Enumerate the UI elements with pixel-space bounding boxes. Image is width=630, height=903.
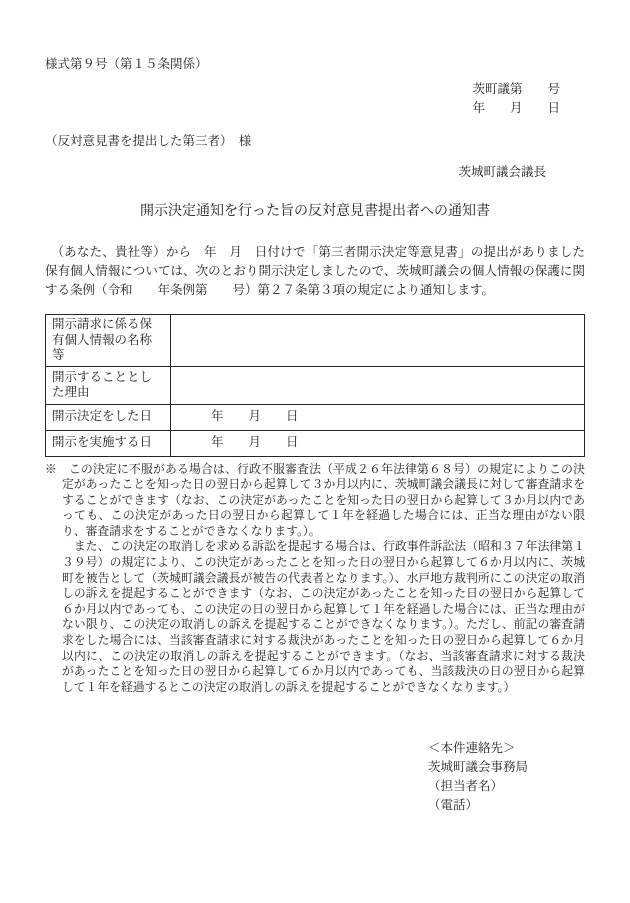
contact-person: （担当者名） — [428, 777, 585, 796]
contact-header: ＜本件連絡先＞ — [428, 739, 585, 758]
table-row: 開示することとした理由 — [46, 366, 585, 404]
note-section: ※ この決定に不服がある場合は、行政不服審査法（平成２６年法律第６８号）の規定に… — [45, 462, 585, 696]
decision-info-table: 開示請求に係る保有個人情報の名称等 開示することとした理由 開示決定をした日 年… — [45, 314, 585, 457]
document-page: 様式第９号（第１５条関係） 茨町議第 号 年 月 日 （反対意見書を提出した第三… — [0, 0, 630, 903]
row-value-implementation-date: 年 月 日 — [171, 430, 585, 456]
table-row: 開示請求に係る保有個人情報の名称等 — [46, 315, 585, 367]
contact-block: ＜本件連絡先＞ 茨城町議会事務局 （担当者名） （電話） — [428, 739, 585, 815]
doc-number: 茨町議第 号 — [45, 80, 560, 99]
row-value-personal-info-name — [171, 315, 585, 367]
row-label-implementation-date: 開示を実施する日 — [46, 430, 171, 456]
row-value-disclosure-reason — [171, 366, 585, 404]
form-number: 様式第９号（第１５条関係） — [45, 55, 585, 74]
body-paragraph: （あなた、貴社等）から 年 月 日付けで「第三者開示決定等意見書」の提出がありま… — [45, 243, 585, 300]
contact-office: 茨城町議会事務局 — [428, 758, 585, 777]
doc-date: 年 月 日 — [45, 99, 560, 118]
table-row: 開示を実施する日 年 月 日 — [46, 430, 585, 456]
note-paragraph-lawsuit: また、この決定の取消しを求める訴訟を提起する場合は、行政事件訴訟法（昭和３７年法… — [62, 539, 585, 695]
row-label-personal-info-name: 開示請求に係る保有個人情報の名称等 — [46, 315, 171, 367]
table-row: 開示決定をした日 年 月 日 — [46, 404, 585, 430]
sender-line: 茨城町議会議長 — [45, 163, 585, 182]
note-paragraph-appeal: ※ この決定に不服がある場合は、行政不服審査法（平成２６年法律第６８号）の規定に… — [62, 462, 585, 540]
row-label-disclosure-reason: 開示することとした理由 — [46, 366, 171, 404]
document-title: 開示決定通知を行った旨の反対意見書提出者への通知書 — [45, 202, 585, 222]
doc-number-block: 茨町議第 号 年 月 日 — [45, 80, 585, 118]
recipient-line: （反対意見書を提出した第三者） 様 — [45, 132, 585, 151]
row-label-decision-date: 開示決定をした日 — [46, 404, 171, 430]
row-value-decision-date: 年 月 日 — [171, 404, 585, 430]
contact-phone: （電話） — [428, 796, 585, 815]
